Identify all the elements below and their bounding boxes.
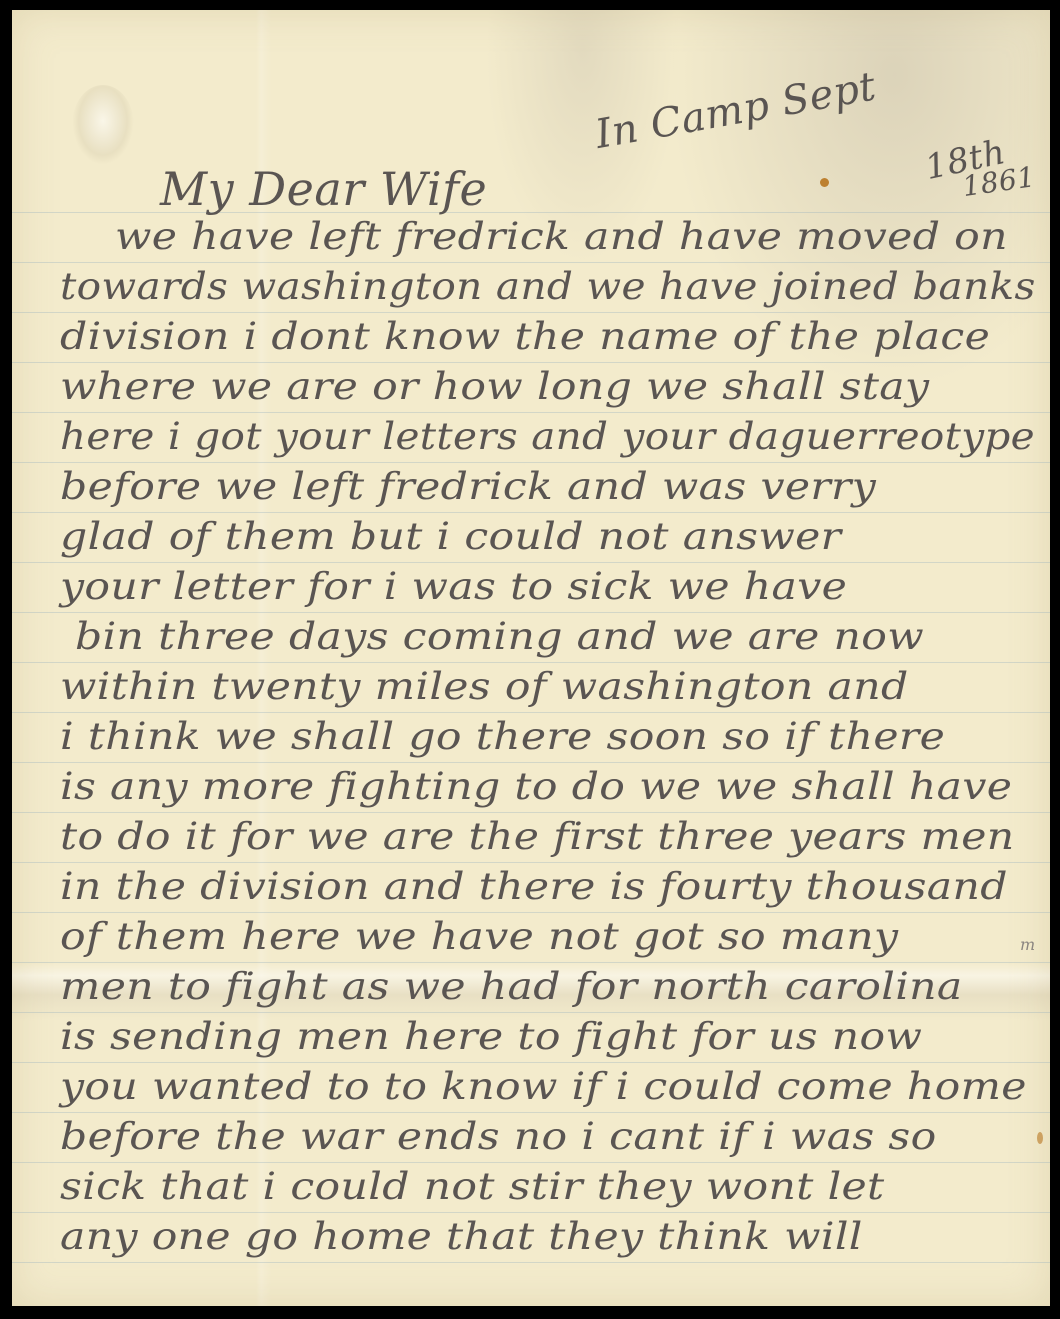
letter-line: within twenty miles of washington and — [60, 665, 909, 708]
ruled-line — [12, 1062, 1050, 1063]
ruled-line — [12, 612, 1050, 613]
letter-line: sick that i could not stir they wont let — [60, 1165, 884, 1208]
ruled-line — [12, 362, 1050, 363]
letter-line: before we left fredrick and was verry — [60, 465, 876, 508]
letter-line: in the division and there is fourty thou… — [60, 865, 1008, 908]
ruled-line — [12, 1112, 1050, 1113]
letter-line: here i got your letters and your daguerr… — [60, 415, 1035, 458]
letter-line: of them here we have not got so many — [60, 915, 898, 958]
letter-line: is any more fighting to do we we shall h… — [60, 765, 1012, 808]
ruled-line — [12, 1212, 1050, 1213]
ruled-line — [12, 462, 1050, 463]
ruled-line — [12, 1262, 1050, 1263]
ruled-line — [12, 712, 1050, 713]
letter-line: bin three days coming and we are now — [75, 615, 924, 658]
letter-line: men to fight as we had for north carolin… — [60, 965, 963, 1008]
margin-note: m — [1020, 935, 1035, 954]
letter-line: towards washington and we have joined ba… — [60, 265, 1036, 308]
ruled-line — [12, 1162, 1050, 1163]
letter-line: your letter for i was to sick we have — [60, 565, 847, 608]
ruled-line — [12, 862, 1050, 863]
letter-line: i think we shall go there soon so if the… — [60, 715, 945, 758]
letter-line: is sending men here to fight for us now — [60, 1015, 922, 1058]
letter-line: we have left fredrick and have moved on — [115, 215, 1008, 258]
letter-line: glad of them but i could not answer — [60, 515, 841, 558]
ruled-line — [12, 512, 1050, 513]
salutation: My Dear Wife — [160, 162, 487, 216]
ruled-line — [12, 312, 1050, 313]
letter-line: before the war ends no i cant if i was s… — [60, 1115, 937, 1158]
ruled-line — [12, 562, 1050, 563]
ruled-line — [12, 262, 1050, 263]
ink-stain — [1037, 1132, 1043, 1144]
ruled-line — [12, 762, 1050, 763]
ruled-line — [12, 1012, 1050, 1013]
ruled-line — [12, 962, 1050, 963]
ink-stain — [820, 178, 829, 187]
letter-line: you wanted to to know if i could come ho… — [60, 1065, 1027, 1108]
letter-line: division i dont know the name of the pla… — [60, 315, 990, 358]
ruled-line — [12, 662, 1050, 663]
letter-line: to do it for we are the first three year… — [60, 815, 1014, 858]
ruled-line — [12, 812, 1050, 813]
ruled-line — [12, 912, 1050, 913]
letter-line: any one go home that they think will — [60, 1215, 863, 1258]
ruled-line — [12, 412, 1050, 413]
letter-line: where we are or how long we shall stay — [60, 365, 929, 408]
embossed-seal-icon — [72, 85, 134, 165]
